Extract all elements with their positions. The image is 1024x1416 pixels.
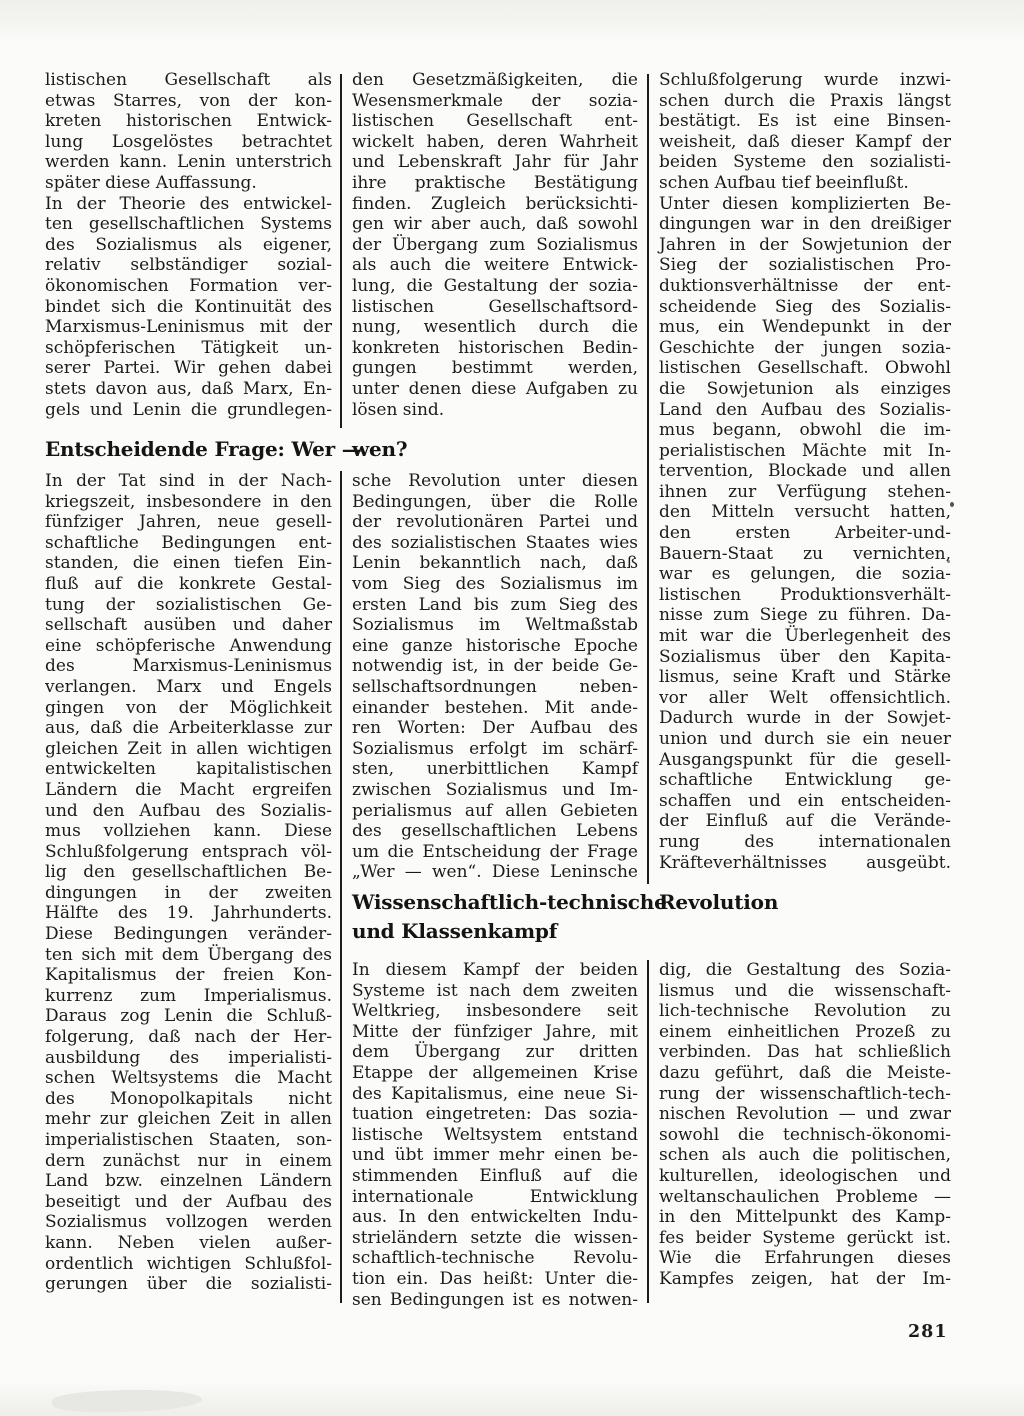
text-line: stimmenden Einfluß auf die — [352, 1166, 638, 1187]
text-line: des Monopolkapitals nicht — [45, 1089, 332, 1110]
text-line: mit war die Überlegenheit des — [659, 626, 951, 647]
text-line: weisheit, daß dieser Kampf der — [659, 132, 951, 153]
text-line: Dadurch wurde in der Sowjet- — [659, 708, 951, 729]
text-line: Kräfteverhältnisses ausgeübt. — [659, 853, 951, 874]
text-line: nischen Revolution — und zwar — [659, 1104, 951, 1125]
text-line: Wesensmerkmale der sozia- — [352, 91, 638, 112]
text-line: union und durch sie ein neuer — [659, 729, 951, 750]
text-line: mus begann, obwohl die im- — [659, 420, 951, 441]
text-line: nung, wesentlich durch die — [352, 317, 638, 338]
text-line: mehr zur gleichen Zeit in allen — [45, 1109, 332, 1130]
text-line: perialistischen Mächte mit In- — [659, 441, 951, 462]
text-line: nisse zum Siege zu führen. Da- — [659, 605, 951, 626]
section-heading-revolution: Revolution — [659, 890, 778, 914]
text-line: werden kann. Lenin unterstrich — [45, 152, 332, 173]
text-line: einander bestehen. Mit ande- — [352, 698, 638, 719]
text-line: der Übergang zum Sozialismus — [352, 235, 638, 256]
text-line: wickelt haben, deren Wahrheit — [352, 132, 638, 153]
text-line: Schlußfolgerung wurde inzwi- — [659, 70, 951, 91]
text-line: Sieg der sozialistischen Pro- — [659, 255, 951, 276]
text-line: ren Worten: Der Aufbau des — [352, 718, 638, 739]
text-line: Marxismus-Leninismus mit der — [45, 317, 332, 338]
column-divider-rule — [647, 74, 649, 884]
text-line: tung der sozialistischen Ge- — [45, 595, 332, 616]
text-line: verlangen. Marx und Engels — [45, 677, 332, 698]
text-line: entwickelten kapitalistischen — [45, 759, 332, 780]
text-line: Diese Bedingungen veränder- — [45, 924, 332, 945]
text-line: notwendig ist, in der beide Ge- — [352, 656, 638, 677]
text-line: lung Losgelöstes betrachtet — [45, 132, 332, 153]
text-line: Systeme ist nach dem zweiten — [352, 981, 638, 1002]
text-line: internationale Entwicklung — [352, 1187, 638, 1208]
text-line: der Einfluß auf die Verände- — [659, 811, 951, 832]
text-line: scheidende Sieg des Sozialis- — [659, 297, 951, 318]
scan-edge-noise-top — [0, 0, 1024, 42]
page-number: 281 — [908, 1322, 952, 1342]
text-line: war es gelungen, die sozia- — [659, 564, 951, 585]
text-line: gungen bestimmt werden, — [352, 358, 638, 379]
text-line: listischen Produktionsverhält- — [659, 585, 951, 606]
text-line: des Kapitalismus, eine neue Si- — [352, 1084, 638, 1105]
section-heading-wissenschaftlich-technische: Wissenschaftlich-technische — [352, 890, 667, 914]
text-line: eine ganze historische Epoche — [352, 636, 638, 657]
text-line: den Gesetzmäßigkeiten, die — [352, 70, 638, 91]
text-line: listischen Gesellschaft. Obwohl — [659, 358, 951, 379]
text-line: des Sozialismus als eigener, — [45, 235, 332, 256]
text-line: lung, die Gestaltung der sozia- — [352, 276, 638, 297]
text-line: schen Weltsystems die Macht — [45, 1068, 332, 1089]
text-line: imperialistischen Staaten, son- — [45, 1130, 332, 1151]
text-line: schaftliche Bedingungen ent- — [45, 533, 332, 554]
text-line: ihnen zur Verfügung stehen- — [659, 482, 951, 503]
text-line: Sozialismus vollzogen werden — [45, 1212, 332, 1233]
column2-middle-text: sche Revolution unter diesenBedingungen,… — [352, 471, 638, 883]
column1-lower-text: In der Tat sind in der Nach-kriegszeit, … — [45, 471, 332, 1295]
text-line: mus, ein Wendepunkt in der — [659, 317, 951, 338]
text-line: Hälfte des 19. Jahrhunderts. — [45, 903, 332, 924]
text-line: sche Revolution unter diesen — [352, 471, 638, 492]
text-line: den Mitteln versucht hatten, — [659, 502, 951, 523]
text-line: schen Aufbau tief beeinflußt. — [659, 173, 951, 194]
text-line: und übt immer mehr einen be- — [352, 1145, 638, 1166]
text-line: kann. Neben vielen außer- — [45, 1233, 332, 1254]
text-line: konkreten historischen Bedin- — [352, 338, 638, 359]
text-line: listische Weltsystem entstand — [352, 1125, 638, 1146]
text-line: gels und Lenin die grundlegen- — [45, 400, 332, 421]
scanned-document-page: listischen Gesellschaft alsetwas Starres… — [0, 0, 1024, 1416]
text-line: aus. In den entwickelten Indu- — [352, 1207, 638, 1228]
text-line: sen Bedingungen ist es notwen- — [352, 1290, 638, 1311]
text-line: Bedingungen, über die Rolle — [352, 492, 638, 513]
text-line: sowohl die technisch-ökonomi- — [659, 1125, 951, 1146]
text-line: dem Übergang zur dritten — [352, 1042, 638, 1063]
column-divider-rule — [340, 74, 342, 428]
text-line: verbinden. Das hat schließlich — [659, 1042, 951, 1063]
text-line: lich-technische Revolution zu — [659, 1001, 951, 1022]
text-line: Lenin bekanntlich nach, daß — [352, 553, 638, 574]
text-line: dingungen war in den dreißiger — [659, 214, 951, 235]
text-line: Wie die Erfahrungen dieses — [659, 1248, 951, 1269]
text-line: ersten Land bis zum Sieg des — [352, 595, 638, 616]
text-line: Daraus zog Lenin die Schluß- — [45, 1006, 332, 1027]
text-line: gleichen Zeit in allen wichtigen — [45, 739, 332, 760]
text-line: schen als auch die politischen, — [659, 1145, 951, 1166]
text-line: tuation eingetreten: Das sozia- — [352, 1104, 638, 1125]
text-line: ökonomischen Formation ver- — [45, 276, 332, 297]
text-line: fluß auf die konkrete Gestal- — [45, 574, 332, 595]
text-line: vom Sieg des Sozialismus im — [352, 574, 638, 595]
text-line: schaffen und ein entscheiden- — [659, 791, 951, 812]
text-line: beiden Systeme den sozialisti- — [659, 152, 951, 173]
text-line: kriegszeit, insbesondere in den — [45, 492, 332, 513]
text-line: des Marxismus-Leninismus — [45, 656, 332, 677]
text-line: sellschaft ausüben und daher — [45, 615, 332, 636]
text-line: strieländern setzte die wissen- — [352, 1228, 638, 1249]
column-divider-rule — [340, 471, 342, 1303]
text-line: der revolutionären Partei und — [352, 512, 638, 533]
text-line: Geschichte der jungen sozia- — [659, 338, 951, 359]
text-line: listischen Gesellschaft ent- — [352, 111, 638, 132]
text-line: Kampfes zeigen, hat der Im- — [659, 1269, 951, 1290]
text-line: rung des internationalen — [659, 832, 951, 853]
text-line: Land den Aufbau des Sozialis- — [659, 400, 951, 421]
text-line: aus, daß die Arbeiterklasse zur — [45, 718, 332, 739]
text-line: des sozialistischen Staates wies — [352, 533, 638, 554]
text-line: dingungen in der zweiten — [45, 883, 332, 904]
text-line: Etappe der allgemeinen Krise — [352, 1063, 638, 1084]
text-line: Sozialismus erfolgt im schärf- — [352, 739, 638, 760]
text-line: Land bzw. einzelnen Ländern — [45, 1171, 332, 1192]
text-line: kulturellen, ideologischen und — [659, 1166, 951, 1187]
column-divider-rule — [647, 960, 649, 1303]
text-line: lig den gesellschaftlichen Be- — [45, 862, 332, 883]
text-line: „Wer — wen“. Diese Leninsche — [352, 862, 638, 883]
text-line: schaftlich-technische Revolu- — [352, 1248, 638, 1269]
text-line: als auch die weitere Entwick- — [352, 255, 638, 276]
text-line: den ersten Arbeiter-und- — [659, 523, 951, 544]
text-line: schaftliche Entwicklung ge- — [659, 770, 951, 791]
text-line: zwischen Sozialismus und Im- — [352, 780, 638, 801]
text-line: listischen Gesellschaftsord- — [352, 297, 638, 318]
text-line: Sozialismus im Weltmaßstab — [352, 615, 638, 636]
text-line: In diesem Kampf der beiden — [352, 960, 638, 981]
text-line: duktionsverhältnisse der ent- — [659, 276, 951, 297]
text-line: Mitte der fünfziger Jahre, mit — [352, 1022, 638, 1043]
text-line: schöpferischen Tätigkeit un- — [45, 338, 332, 359]
column3-upper-text: Schlußfolgerung wurde inzwi-schen durch … — [659, 70, 951, 873]
text-line: die Sowjetunion als einziges — [659, 379, 951, 400]
column2-lower-text: In diesem Kampf der beidenSysteme ist na… — [352, 960, 638, 1310]
text-line: dern zunächst nur in einem — [45, 1151, 332, 1172]
text-line: weltanschaulichen Probleme — — [659, 1187, 951, 1208]
text-line: finden. Zugleich berücksichti- — [352, 194, 638, 215]
text-line: bestätigt. Es ist eine Binsen- — [659, 111, 951, 132]
text-line: lismus und die wissenschaft- — [659, 981, 951, 1002]
text-line: tion ein. Das heißt: Unter die- — [352, 1269, 638, 1290]
text-line: In der Theorie des entwickel- — [45, 194, 332, 215]
text-line: lismus, seine Kraft und Stärke — [659, 667, 951, 688]
text-line: fünfziger Jahren, neue gesell- — [45, 512, 332, 533]
text-line: unter denen diese Aufgaben zu — [352, 379, 638, 400]
text-line: und Lebenskraft Jahr für Jahr — [352, 152, 638, 173]
text-line: Unter diesen komplizierten Be- — [659, 194, 951, 215]
text-line: Weltkrieg, insbesondere seit — [352, 1001, 638, 1022]
text-line: sten, unerbittlichen Kampf — [352, 759, 638, 780]
text-line: des gesellschaftlichen Lebens — [352, 821, 638, 842]
text-line: lösen sind. — [352, 400, 638, 421]
text-line: einem einheitlichen Prozeß zu — [659, 1022, 951, 1043]
section-heading-entscheidende-frage-continuation: wen? — [352, 437, 407, 461]
text-line: gen wir aber auch, daß sowohl — [352, 214, 638, 235]
section-heading-entscheidende-frage: Entscheidende Frage: Wer — — [45, 437, 362, 461]
text-line: kreten historischen Entwick- — [45, 111, 332, 132]
text-line: serer Partei. Wir gehen dabei — [45, 358, 332, 379]
text-line: ordentlich wichtigen Schlußfol- — [45, 1254, 332, 1275]
text-line: In der Tat sind in der Nach- — [45, 471, 332, 492]
text-line: Sozialismus über den Kapita- — [659, 647, 951, 668]
text-line: Schlußfolgerung entsprach völ- — [45, 842, 332, 863]
text-line: später diese Auffassung. — [45, 173, 332, 194]
column2-upper-text: den Gesetzmäßigkeiten, dieWesensmerkmale… — [352, 70, 638, 420]
text-line: ten gesellschaftlichen Systems — [45, 214, 332, 235]
text-line: tervention, Blockade und allen — [659, 461, 951, 482]
scan-smudge — [52, 1387, 203, 1414]
text-line: dazu geführt, daß die Meiste- — [659, 1063, 951, 1084]
text-line: stets davon aus, daß Marx, En- — [45, 379, 332, 400]
text-line: ausbildung des imperialisti- — [45, 1048, 332, 1069]
text-line: Jahren in der Sowjetunion der — [659, 235, 951, 256]
text-line: perialismus auf allen Gebieten — [352, 801, 638, 822]
text-line: gingen von der Möglichkeit — [45, 698, 332, 719]
text-line: dig, die Gestaltung des Sozia- — [659, 960, 951, 981]
text-line: Ausgangspunkt für die gesell- — [659, 750, 951, 771]
text-line: bindet sich die Kontinuität des — [45, 297, 332, 318]
column3-lower-text: dig, die Gestaltung des Sozia-lismus und… — [659, 960, 951, 1290]
text-line: um die Entscheidung der Frage — [352, 842, 638, 863]
text-line: Ländern die Macht ergreifen — [45, 780, 332, 801]
text-line: etwas Starres, von der kon- — [45, 91, 332, 112]
text-line: Bauern-Staat zu vernichten, — [659, 544, 951, 565]
text-line: schen durch die Praxis längst — [659, 91, 951, 112]
text-line: rung der wissenschaftlich-tech- — [659, 1084, 951, 1105]
text-line: gerungen über die sozialisti- — [45, 1274, 332, 1295]
text-line: fes beider Systeme gerückt ist. — [659, 1228, 951, 1249]
text-line: listischen Gesellschaft als — [45, 70, 332, 91]
text-line: Kapitalismus der freien Kon- — [45, 965, 332, 986]
text-line: eine schöpferische Anwendung — [45, 636, 332, 657]
text-line: sellschaftsordnungen neben- — [352, 677, 638, 698]
text-line: standen, die einen tiefen Ein- — [45, 553, 332, 574]
text-line: beseitigt und der Aufbau des — [45, 1192, 332, 1213]
text-line: relativ selbständiger sozial- — [45, 255, 332, 276]
text-line: mus vollziehen kann. Diese — [45, 821, 332, 842]
text-line: vor aller Welt offensichtlich. — [659, 688, 951, 709]
text-line: in den Mittelpunkt des Kamp- — [659, 1207, 951, 1228]
column1-upper-text: listischen Gesellschaft alsetwas Starres… — [45, 70, 332, 420]
text-line: folgerung, daß nach der Her- — [45, 1027, 332, 1048]
text-line: und den Aufbau des Sozialis- — [45, 801, 332, 822]
section-heading-und-klassenkampf: und Klassenkampf — [352, 919, 557, 943]
text-line: ihre praktische Bestätigung — [352, 173, 638, 194]
text-line: kurrenz zum Imperialismus. — [45, 986, 332, 1007]
text-line: ten sich mit dem Übergang des — [45, 945, 332, 966]
